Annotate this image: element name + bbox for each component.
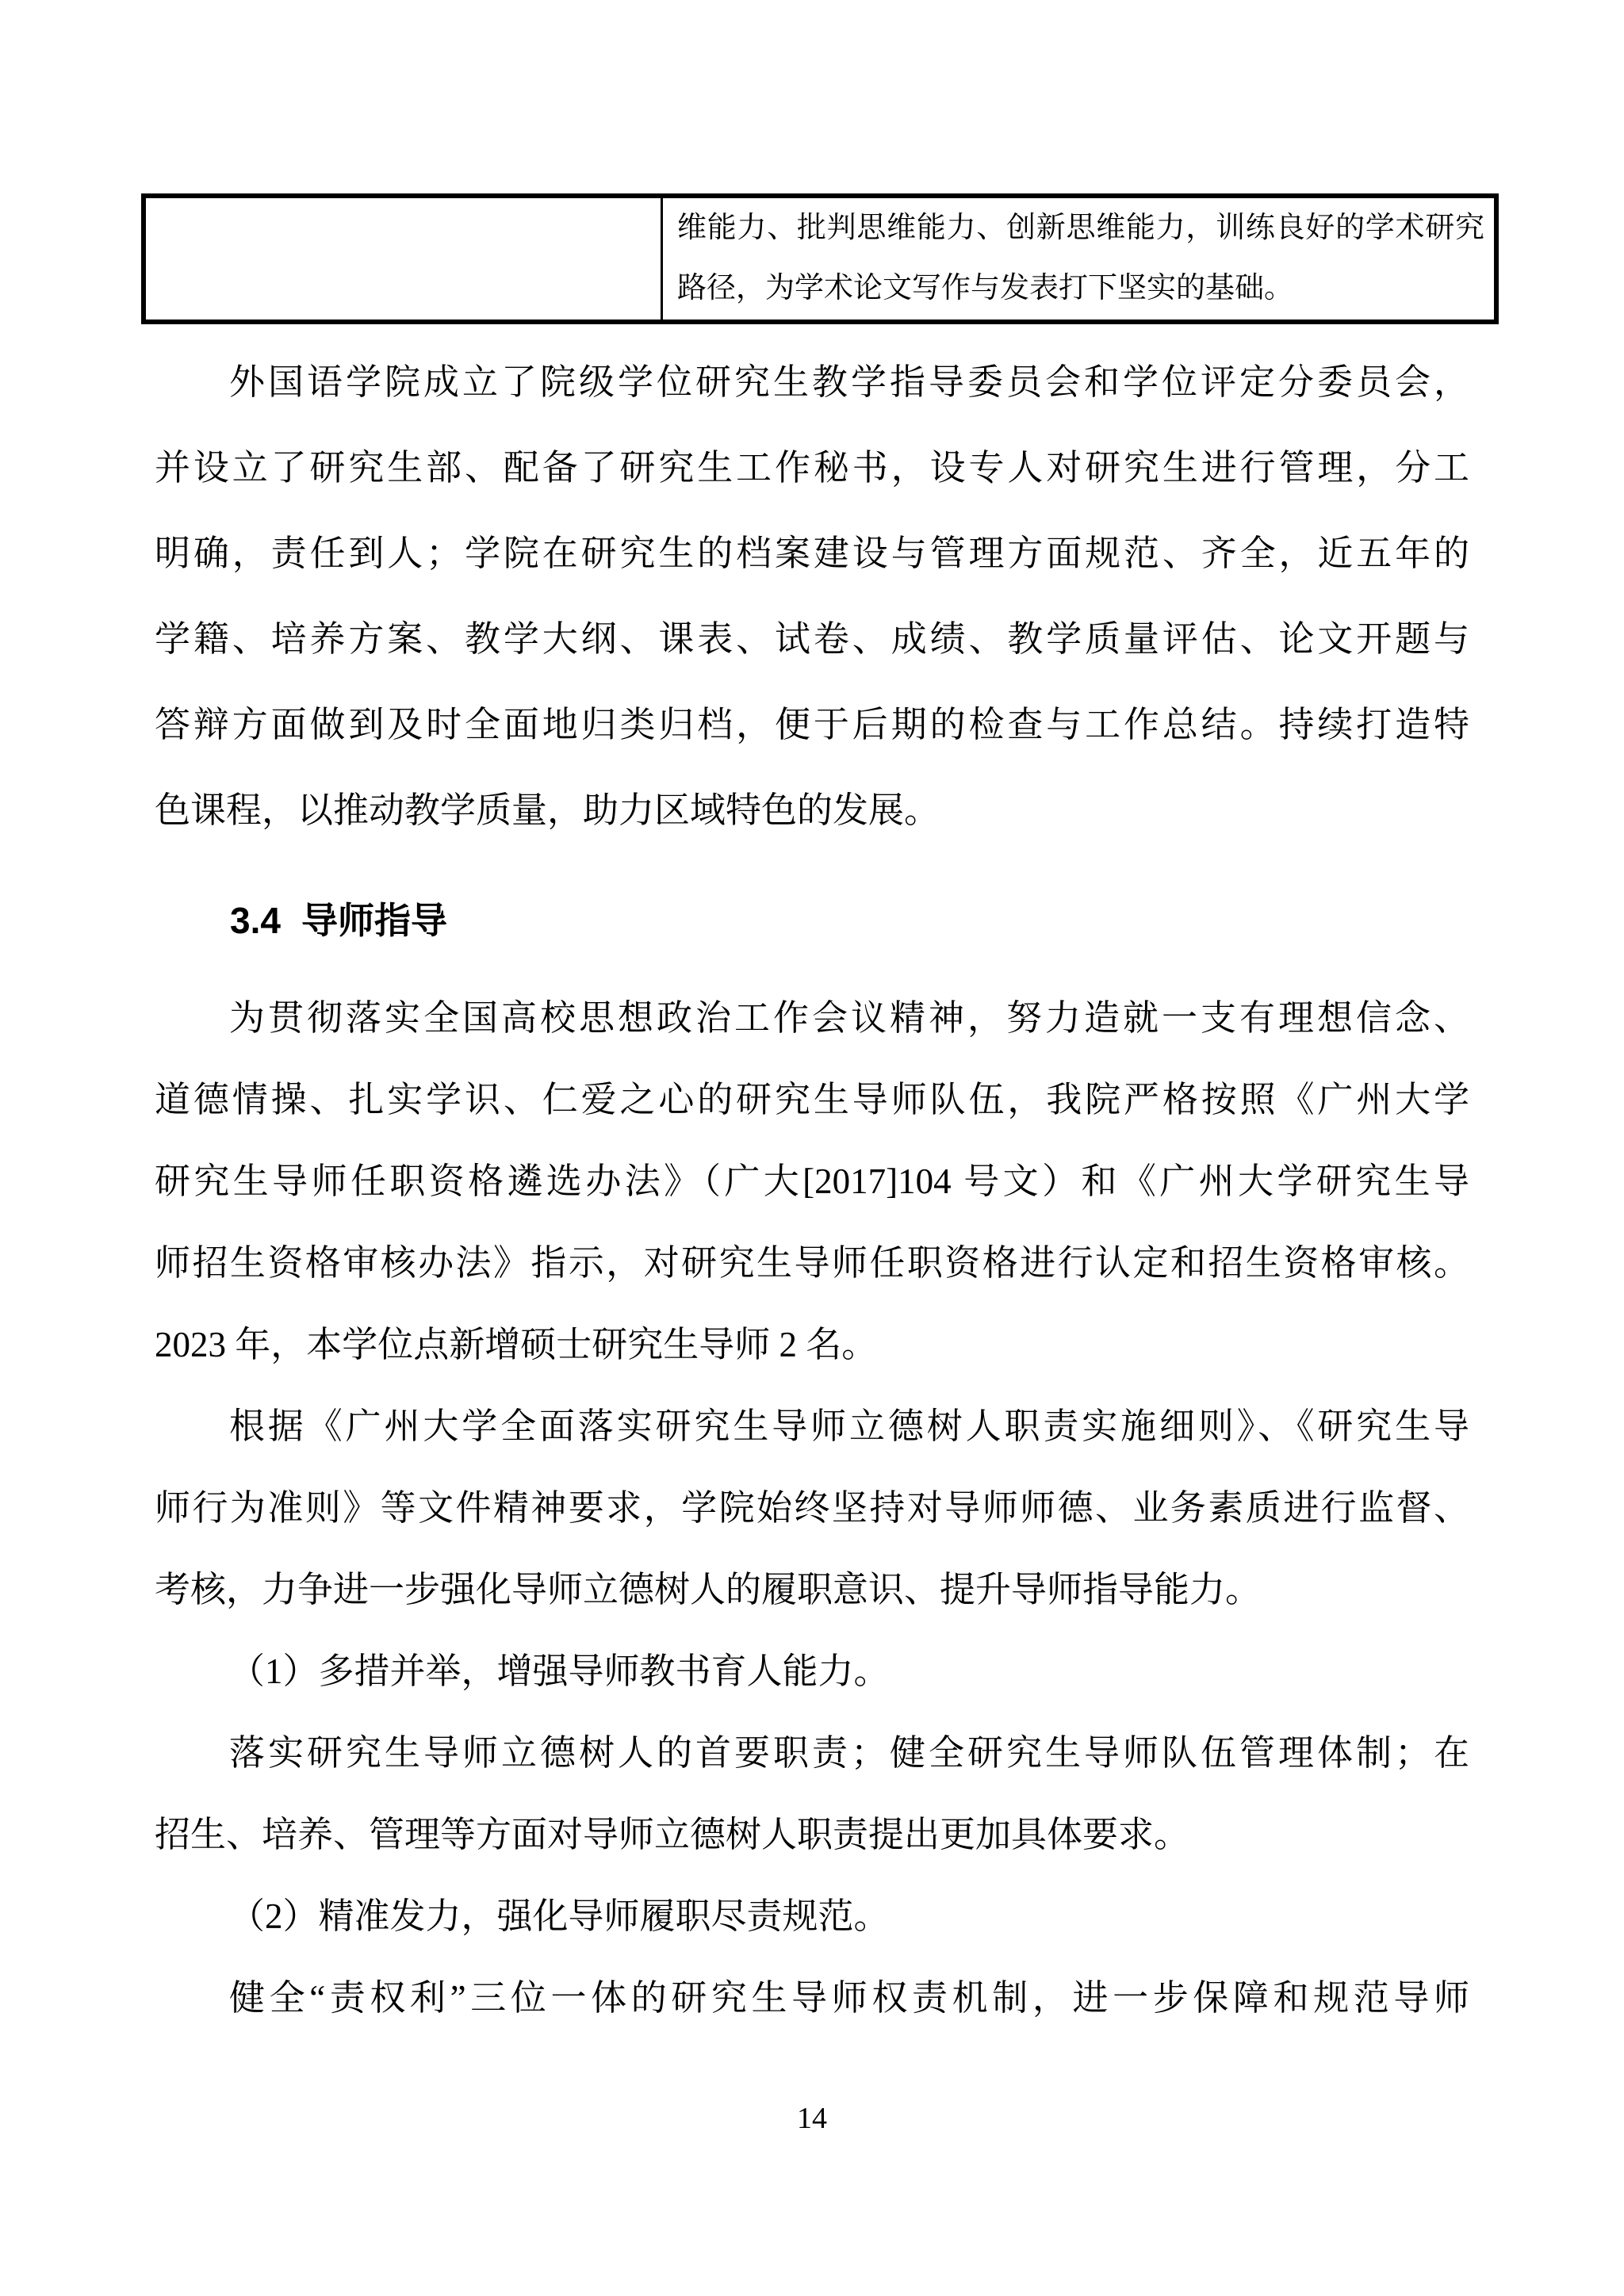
- paragraph-line: 考核，力争进一步强化导师立德树人的履职意识、提升导师指导能力。: [155, 1547, 1469, 1632]
- paragraph-line: 答辩方面做到及时全面地归类归档，便于后期的检查与工作总结。持续打造特: [155, 682, 1469, 767]
- paragraph-line: 色课程，以推动教学质量，助力区域特色的发展。: [155, 767, 1469, 853]
- section-title: 导师指导: [301, 900, 447, 941]
- paragraph-line: 根据《广州大学全面落实研究生导师立德树人职责实施细则》、《研究生导: [155, 1383, 1469, 1469]
- section-number: 3.4: [230, 900, 281, 941]
- continued-table: 维能力、批判思维能力、创新思维能力，训练良好的学术研究 路径，为学术论文写作与发…: [141, 193, 1499, 324]
- paragraph-line: 健全“责权利”三位一体的研究生导师权责机制，进一步保障和规范导师: [155, 1955, 1469, 2041]
- document-page: 维能力、批判思维能力、创新思维能力，训练良好的学术研究 路径，为学术论文写作与发…: [0, 0, 1624, 2296]
- numbered-item-line: （1）多措并举，增强导师教书育人能力。: [155, 1628, 1469, 1714]
- section-heading: 3.4导师指导: [230, 878, 447, 963]
- paragraph-line: 师行为准则》等文件精神要求，学院始终坚持对导师师德、业务素质进行监督、: [155, 1465, 1469, 1551]
- paragraph-line: 2023 年，本学位点新增硕士研究生导师 2 名。: [155, 1302, 1469, 1387]
- paragraph-line: 道德情操、扎实学识、仁爱之心的研究生导师队伍，我院严格按照《广州大学: [155, 1057, 1469, 1142]
- paragraph-line: 外国语学院成立了院级学位研究生教学指导委员会和学位评定分委员会，: [155, 339, 1469, 425]
- paragraph-line: 学籍、培养方案、教学大纲、课表、试卷、成绩、教学质量评估、论文开题与: [155, 596, 1469, 682]
- page-number: 14: [0, 2076, 1624, 2161]
- paragraph-line: 师招生资格审核办法》指示，对研究生导师任职资格进行认定和招生资格审核。: [155, 1220, 1469, 1306]
- paragraph-line: 为贯彻落实全国高校思想政治工作会议精神，努力造就一支有理想信念、: [155, 975, 1469, 1061]
- table-cell-left-empty: [146, 198, 663, 320]
- table-text-line: 路径，为学术论文写作与发表打下坚实的基础。: [677, 258, 1484, 319]
- numbered-item-line: （2）精准发力，强化导师履职尽责规范。: [155, 1873, 1469, 1959]
- paragraph-line: 研究生导师任职资格遴选办法》（广大[2017]104 号文）和《广州大学研究生导: [155, 1138, 1469, 1224]
- paragraph-line: 明确，责任到人；学院在研究生的档案建设与管理方面规范、齐全，近五年的: [155, 511, 1469, 596]
- paragraph-line: 并设立了研究生部、配备了研究生工作秘书，设专人对研究生进行管理，分工: [155, 425, 1469, 511]
- paragraph-line: 招生、培养、管理等方面对导师立德树人职责提出更加具体要求。: [155, 1792, 1469, 1877]
- paragraph-line: 落实研究生导师立德树人的首要职责；健全研究生导师队伍管理体制；在: [155, 1710, 1469, 1796]
- table-cell-right: 维能力、批判思维能力、创新思维能力，训练良好的学术研究 路径，为学术论文写作与发…: [663, 198, 1494, 320]
- table-text-line: 维能力、批判思维能力、创新思维能力，训练良好的学术研究: [677, 198, 1484, 258]
